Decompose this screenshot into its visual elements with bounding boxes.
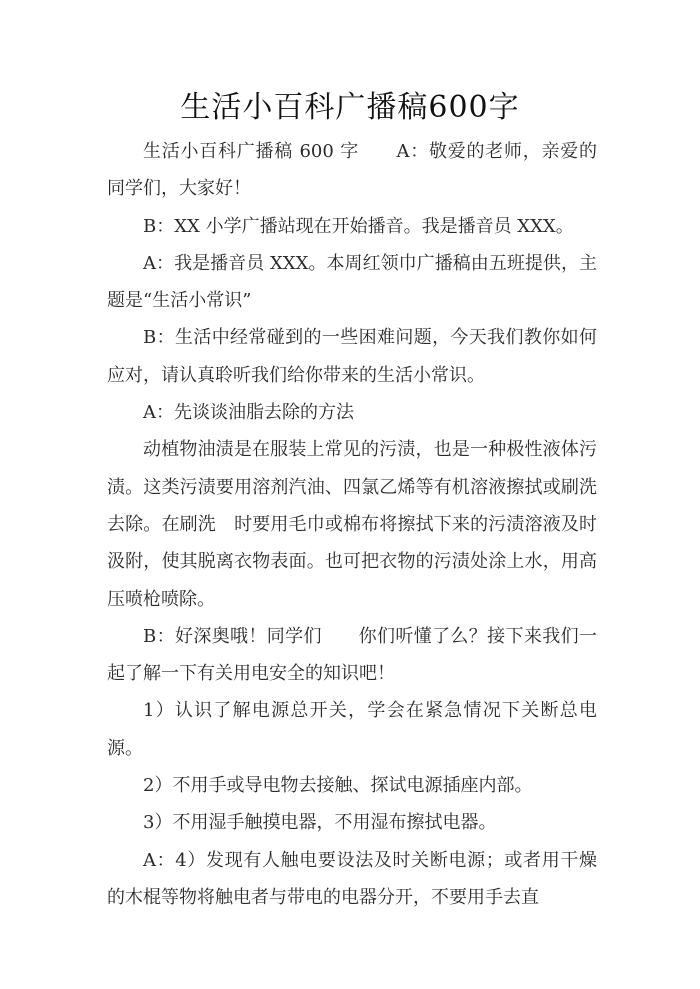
paragraph-b-problems: B：生活中经常碰到的一些困难问题，今天我们教你如何应对，请认真聆听我们给你带来的… <box>107 319 597 394</box>
paragraph-tip-3: 3）不用湿手触摸电器，不用湿布擦拭电器。 <box>107 804 597 841</box>
paragraph-tip-4: A：4）发现有人触电要设法及时关断电源；或者用干燥的木棍等物将触电者与带电的电器… <box>107 842 597 917</box>
paragraph-a-grease: A：先谈谈油脂去除的方法 <box>107 394 597 431</box>
document-title: 生活小百科广播稿600字 <box>0 82 700 126</box>
paragraph-a-theme: A：我是播音员 XXX。本周红领巾广播稿由五班提供，主题是“生活小常识” <box>107 245 597 320</box>
paragraph-b-opening: B：XX 小学广播站现在开始播音。我是播音员 XXX。 <box>107 208 597 245</box>
paragraph-tip-2: 2）不用手或导电物去接触、探试电源插座内部。 <box>107 767 597 804</box>
document-body: 生活小百科广播稿 600 字 A：敬爱的老师，亲爱的同学们，大家好！ B：XX … <box>107 133 597 916</box>
paragraph-b-electric: B：好深奥哦！同学们 你们听懂了么？接下来我们一起了解一下有关用电安全的知识吧！ <box>107 618 597 693</box>
paragraph-tip-1: 1）认识了解电源总开关，学会在紧急情况下关断总电源。 <box>107 692 597 767</box>
paragraph-grease-method: 动植物油渍是在服装上常见的污渍，也是一种极性液体污渍。这类污渍要用溶剂汽油、四氯… <box>107 431 597 617</box>
paragraph-intro: 生活小百科广播稿 600 字 A：敬爱的老师，亲爱的同学们，大家好！ <box>107 133 597 208</box>
